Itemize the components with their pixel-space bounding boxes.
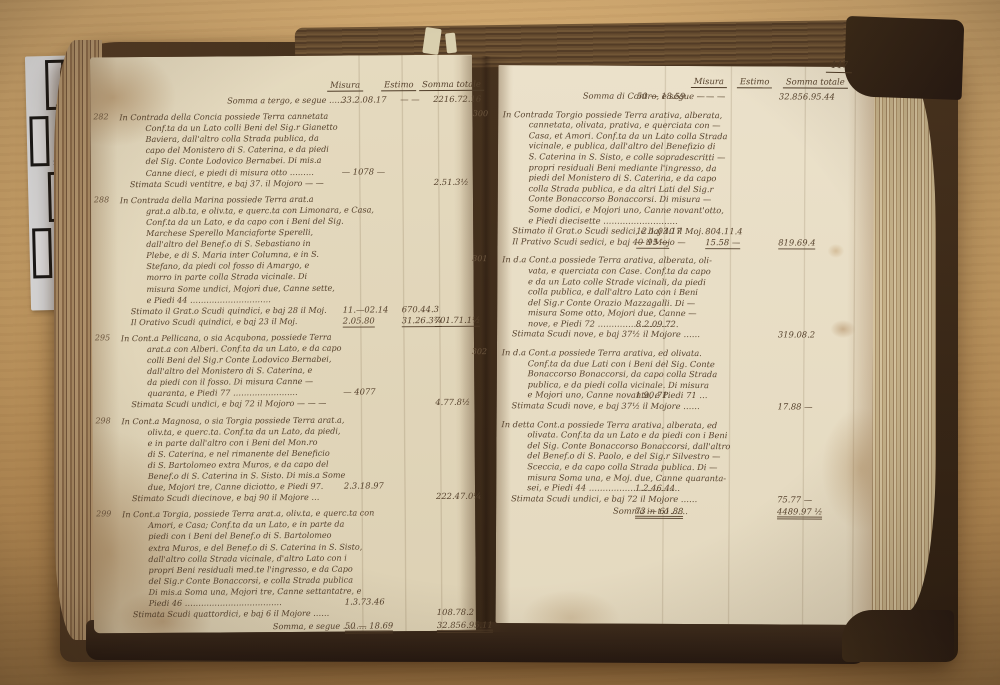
misura-value: 2.3.18.97: [344, 480, 384, 490]
line-text: colli Beni del Sig.r Conte Lodovico Bern…: [121, 354, 332, 365]
folio-number: 447: [826, 60, 852, 73]
line-text: Sceccia, e da capo colla Strada publica.…: [501, 461, 717, 472]
line-text: In Contrada della Marina possiede Terra …: [120, 194, 314, 205]
misura-value: — 4077: [343, 387, 375, 397]
line-text: In detta Cont.a possiede Terra arativa, …: [501, 419, 717, 430]
somma-totale-value: 75.77 —: [777, 494, 812, 504]
line-text: Stimata Scudi undici, e baj 72 il Mojore…: [501, 493, 697, 504]
line-text: e in parte dall'altro con i Beni del Mon…: [122, 437, 318, 448]
left-page-text: MisuraEstimoSomma totaleSomma a tergo, e…: [119, 79, 477, 634]
somma-totale-value: 2216.72.16: [433, 94, 481, 104]
line-text: In d.a Cont.a possiede Terra arativa, ed…: [502, 347, 702, 358]
line-text: misura Some undici, Mojori due, Canne se…: [120, 282, 334, 293]
line-text: vata, e querciata con Case. Conf.ta da c…: [502, 265, 711, 276]
manuscript-line: Stimata Scudi ventitre, e baj 37. il Moj…: [120, 176, 474, 190]
line-text: colla Strada publica, e da altri Lati de…: [502, 183, 713, 194]
line-text: Piedi 46 ………………………………: [123, 597, 282, 608]
estimo-value: 670.44.3: [402, 304, 439, 314]
misura-value: 1.2.46.44: [635, 483, 675, 493]
line-text: publica, e da piedi colla vicinale. Di m…: [502, 379, 709, 390]
misura-value: — 1078 —: [342, 166, 385, 176]
right-page-text: MisuraEstimoSomma totaleSomma di Contro,…: [501, 75, 875, 518]
entry-number: 298: [95, 416, 110, 425]
manuscript-line: Stimata Scudi undici, e baj 72 il Mojoro…: [121, 397, 475, 411]
entry-number: 295: [95, 333, 110, 342]
manuscript-line: Stimata Scudi nove, e baj 37½ il Mojore …: [501, 400, 873, 412]
line-text: colla publica, e dall'altro Lato con i B…: [502, 286, 698, 297]
line-text: Conf.ta da un Lato colli Beni del Sig.r …: [119, 122, 337, 134]
line-text: dall'altro del Benef.o di S. Sebastiano …: [120, 238, 310, 249]
line-text: propri residuali Beni mediante l'ingress…: [503, 162, 717, 173]
line-text: Baviera, dall'altro colla Strada publica…: [119, 133, 318, 144]
line-text: misura Some otto, Mojori due, Canne —: [502, 307, 697, 318]
line-text: del Sig.r Conte Orazio Mazzagalli. Di —: [502, 297, 695, 308]
line-text: Somma a tergo, e segue ……: [119, 95, 345, 107]
line-text: Conf.ta da un Lato, e da capo con i Beni…: [120, 216, 344, 228]
line-text: Conte Bonaccorso Bonaccorsi. Di misura —: [502, 194, 711, 205]
entry-number: 299: [96, 510, 111, 519]
somma-totale-value: 4.77.8½: [435, 397, 470, 407]
misura-value: 73 — 61.88: [635, 506, 683, 519]
somma-totale-value: 222.47.0¼: [436, 491, 481, 501]
line-text: cannetata, olivata, prativa, e querciata…: [503, 119, 721, 130]
manuscript-line: Stimata Scudi undici, e baj 72 il Mojore…: [501, 493, 873, 505]
somma-totale-value: 32.856.95.44: [779, 91, 835, 101]
somma-totale-value: 819.69.4: [778, 237, 815, 249]
manuscript-line: Il Orativo Scudi quindici, e baj 23 il M…: [121, 315, 475, 329]
line-text: capo del Monistero di S. Caterina, e da …: [120, 144, 329, 155]
line-text: olivata. Conf.ta da un Lato e da piedi c…: [501, 429, 727, 440]
estimo-value: 15.58 —: [705, 237, 740, 249]
entry-number: 282: [93, 112, 108, 121]
line-text: Stimata Scudi undici, e baj 72 il Mojoro…: [121, 398, 326, 409]
line-text: Stimato Scudi diecinove, e baj 90 il Moj…: [122, 492, 320, 503]
somma-totale-value: 701.71.1½: [435, 315, 481, 327]
entry-number: 300: [473, 109, 488, 118]
entry-number: 288: [94, 195, 109, 204]
manuscript-line: Somma a tergo, e segue ……33.2.08.17— —22…: [119, 94, 473, 108]
manuscript-line: Somma in t.o ……73 — 61.884489.97 ½: [501, 506, 873, 518]
misura-value: Misura: [327, 80, 363, 92]
somma-totale-value: 4489.97 ½: [777, 507, 822, 520]
somma-totale-value: 2.51.3½: [434, 176, 469, 186]
manuscript-line: Stimata Scudi nove, e baj 37½ il Mojore …: [502, 329, 874, 341]
misura-value: 1.3.73.46: [345, 596, 385, 606]
manuscript-line: Stimata Scudi quattordici, e baj 6 il Mo…: [123, 607, 477, 621]
line-text: In Cont.a Pellicana, o sia Acqubona, pos…: [121, 332, 332, 343]
scale-block: [29, 116, 49, 166]
line-text: Somma, e segue ………: [123, 621, 367, 633]
line-text: Stimato il Grat.o Scudi quindici, e baj …: [121, 304, 327, 315]
line-text: del Sig. Conte Lodovico Bernabei. Di mis…: [120, 155, 322, 166]
line-text: e Piedi 44 …………………………: [121, 294, 271, 305]
line-text: e Piedi diecisette ………………………: [502, 215, 678, 226]
line-text: Plebe, e di S. Maria inter Columna, e in…: [120, 249, 319, 260]
entry-number: 302: [472, 347, 487, 356]
misura-value: 8.2.09.72.: [636, 319, 679, 329]
line-text: oliv.ta, e querc.ta. Conf.ta da un Lato,…: [121, 425, 340, 437]
line-text: Stimata Scudi ventitre, e baj 37. il Moj…: [120, 177, 324, 188]
misura-value: 33.2.08.17: [341, 94, 386, 104]
line-text: due, Mojori tre, Canne diciotto, e Piedi…: [122, 481, 324, 492]
line-text: vicinale, e publica, dall'altro del Bene…: [503, 141, 716, 152]
line-text: Stimata Scudi nove, e baj 37½ il Mojore …: [502, 400, 700, 411]
line-text: e da un Lato colle Strade vicinali, da p…: [502, 276, 706, 287]
manuscript-line: Somma di Contro, e segue —50 — 18.59— —3…: [503, 90, 875, 102]
line-text: In Cont.a Magnosa, o sia Torgia possiede…: [121, 414, 344, 426]
estimo-value: — —: [706, 91, 725, 101]
somma-totale-value: 32.856.95.11: [437, 620, 493, 633]
misura-value: 2.05.80: [343, 315, 375, 327]
line-text: piedi del Monistero di S. Caterina, e da…: [502, 172, 716, 183]
line-text: grat.a alb.ta, e oliv.ta, e querc.ta con…: [120, 204, 374, 216]
estimo-value: Estimo: [381, 79, 417, 91]
line-text: quaranta, e Piedi 77 ……………………: [121, 387, 298, 398]
line-text: arat.a con Alberi. Conf.ta da un Lato, e…: [121, 343, 342, 355]
line-text: Some dodici, e Mojori uno, Canne novant'…: [502, 204, 724, 215]
photograph-of-manuscript: { "colors": { "wood": "#c79e63", "paper_…: [0, 0, 1000, 685]
line-text: In d.a Cont.a possiede Terra arativa, al…: [502, 255, 712, 266]
line-text: misura Soma una, e Moj. due, Canne quara…: [501, 472, 726, 483]
somma-totale-value: Somma totale: [783, 76, 848, 88]
line-text: Stimata Scudi nove, e baj 37½ il Mojore …: [502, 329, 700, 340]
somma-totale-value: 17.88 —: [777, 401, 812, 411]
line-text: propri Beni residuali med.te l'ingresso,…: [122, 563, 352, 575]
line-text: del Benef.o di S. Paolo, e del Sig.r Sil…: [501, 451, 720, 462]
manuscript-line: Stimato Scudi diecinove, e baj 90 il Moj…: [122, 491, 476, 505]
somma-totale-value: Somma totale: [419, 79, 484, 91]
manuscript-line: MisuraEstimoSomma totale: [503, 75, 875, 92]
paper-tab: [445, 33, 457, 54]
misura-value: 12.1.03.17: [636, 226, 681, 236]
line-text: e Mojori uno, Canne novanta, e Piedi 71 …: [502, 390, 708, 401]
line-text: dall'altro colla Strada vicinale, d'altr…: [122, 552, 346, 564]
line-text: di S. Bartolomeo extra Muros, e da capo …: [122, 459, 329, 470]
line-text: extra Muros, e del Benef.o di S. Caterin…: [122, 541, 362, 553]
line-text: Stefano, da piedi col fosso di Amargo, e: [120, 260, 309, 271]
entry-number: 301: [472, 254, 487, 263]
misura-value: Misura: [691, 76, 727, 88]
cover-corner-bottom-right: [842, 610, 954, 662]
estimo-value: Estimo: [737, 76, 773, 88]
line-text: Conf.ta da due Lati con i Beni del Sig. …: [502, 358, 715, 369]
line-text: Stimata Scudi quattordici, e baj 6 il Mo…: [123, 608, 330, 619]
line-text: In Cont.a Torgia, possiede Terra arat.a,…: [122, 508, 374, 520]
estimo-value: — —: [400, 94, 419, 104]
line-text: piedi con i Beni del Benef.o di S. Barto…: [122, 530, 331, 541]
line-text: del Sig.r Conte Bonaccorsi, e colla Stra…: [123, 574, 354, 586]
line-text: del Sig. Conte Bonaccorso Bonaccorsi, da…: [501, 440, 730, 451]
line-text: dall'altro del Monistero di S. Caterina,…: [121, 365, 312, 376]
line-text: da piedi con il fosso. Di misura Canne —: [121, 376, 313, 387]
line-text: morro in parte colla Strada vicinale. Di: [120, 271, 307, 282]
line-text: Bonaccorso Bonaccorsi, da capo colla Str…: [502, 368, 718, 379]
line-text: Marchese Sperello Manciaforte Sperelli,: [120, 227, 313, 238]
line-text: di S. Caterina, e nel rimanente del Bene…: [122, 448, 330, 459]
misura-value: — 95 —: [636, 236, 669, 248]
line-text: S. Caterina in S. Sisto, e colle soprade…: [503, 151, 726, 162]
line-text: Di mis.a Soma una, Mojori tre, Canne set…: [123, 586, 362, 598]
line-text: Il Orativo Scudi quindici, e baj 23 il M…: [121, 316, 298, 327]
line-text: Casa, et Amori. Conf.ta da un Lato colla…: [503, 130, 728, 141]
line-text: Amori, e Casa; Conf.ta da un Lato, e in …: [122, 519, 344, 531]
line-text: Canne dieci, e piedi di misura otto ………: [120, 166, 314, 177]
estimo-value: 804.11.4: [705, 226, 742, 236]
somma-totale-value: 108.78.2: [437, 607, 474, 617]
scale-block: [32, 228, 52, 278]
line-text: Benef.o di S. Caterina in S. Sisto. Di m…: [122, 470, 346, 482]
line-text: In Contrada Torgio possiede Terra arativ…: [503, 109, 723, 120]
somma-totale-value: 319.08.2: [778, 330, 815, 340]
line-text: In Contrada della Concia possiede Terra …: [119, 111, 328, 122]
misura-value: 50 — 18.69: [345, 621, 393, 634]
misura-value: 1.90.71.: [636, 390, 671, 400]
misura-value: 11.—02.14: [343, 304, 389, 314]
misura-value: 50 — 18.59: [637, 91, 685, 101]
right-page-block-edge: [866, 78, 936, 612]
manuscript-line: Il Prativo Scudi sedici, e baj 40 il Moj…: [502, 236, 874, 248]
